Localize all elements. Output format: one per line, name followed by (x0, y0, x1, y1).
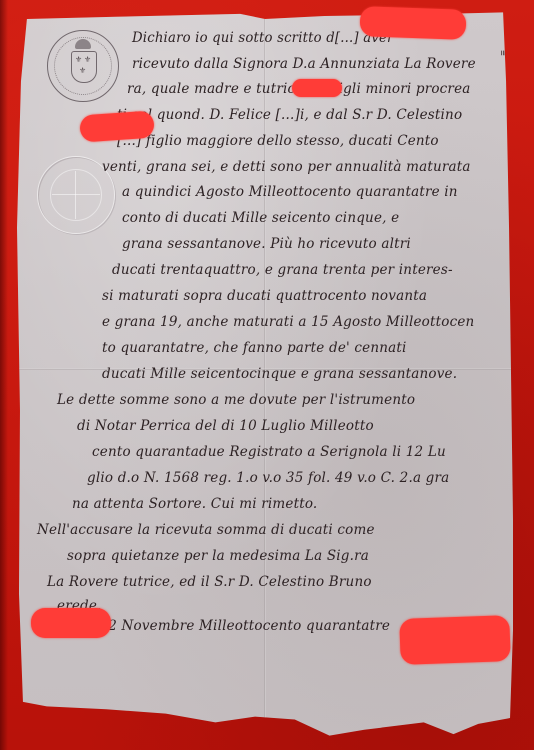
text-line: ricevuto dalla Signora D.a Annunziata La… (132, 56, 476, 72)
ink-stamp-seal: ⚜ ⚜ ⚜ (47, 30, 119, 102)
text-line: cento quarantadue Registrato a Serignola… (92, 444, 446, 460)
text-line: Nell'accusare la ricevuta somma di ducat… (37, 522, 375, 538)
text-line: Dichiaro io qui sotto scritto d[...] ave… (132, 30, 394, 46)
text-line: conto di ducati Mille seicento cinque, e (122, 210, 399, 226)
text-line: La Rovere tutrice, ed il S.r D. Celestin… (47, 574, 372, 590)
redaction-name-left (79, 110, 155, 142)
fleur-de-lis-icon: ⚜ (84, 55, 91, 64)
embossed-seal-inner-ring (50, 169, 102, 221)
text-line: glio d.o N. 1568 reg. 1.o v.o 35 fol. 49… (87, 470, 449, 486)
text-line: sopra quietanze per la medesima La Sig.r… (67, 548, 369, 564)
redaction-name-top (360, 6, 467, 40)
text-line: ducati Mille seicentocinque e grana sess… (102, 366, 457, 382)
redaction-place (31, 608, 111, 638)
text-line: venti, grana sei, e detti sono per annua… (102, 159, 471, 175)
crown-icon (75, 39, 91, 49)
background-shadow (0, 0, 8, 750)
embossed-seal-cross (75, 171, 76, 219)
embossed-seal-cross (52, 194, 100, 195)
redaction-signature (399, 615, 511, 665)
text-line: grana sessantanove. Più ho ricevuto altr… (122, 236, 411, 252)
fleur-de-lis-icon: ⚜ (79, 66, 86, 75)
text-line: di Notar Perrica del di 10 Luglio Milleo… (77, 418, 374, 434)
text-line: na attenta Sortore. Cui mi rimetto. (72, 496, 317, 512)
text-line: [...] figlio maggiore dello stesso, duca… (117, 133, 439, 149)
text-line: ti col quond. D. Felice [...]i, e dal S.… (117, 107, 462, 123)
text-line: a quindici Agosto Milleottocento quarant… (122, 184, 458, 200)
redaction-surname (292, 79, 342, 97)
text-line: to quarantatre, che fanno parte de' cenn… (102, 340, 407, 356)
text-line: si maturati sopra ducati quattrocento no… (102, 288, 427, 304)
fleur-de-lis-icon: ⚜ (75, 55, 82, 64)
text-line: e grana 19, anche maturati a 15 Agosto M… (102, 314, 474, 330)
text-line: ducati trentaquattro, e grana trenta per… (112, 262, 453, 278)
text-line: Le dette somme sono a me dovute per l'is… (57, 392, 415, 408)
